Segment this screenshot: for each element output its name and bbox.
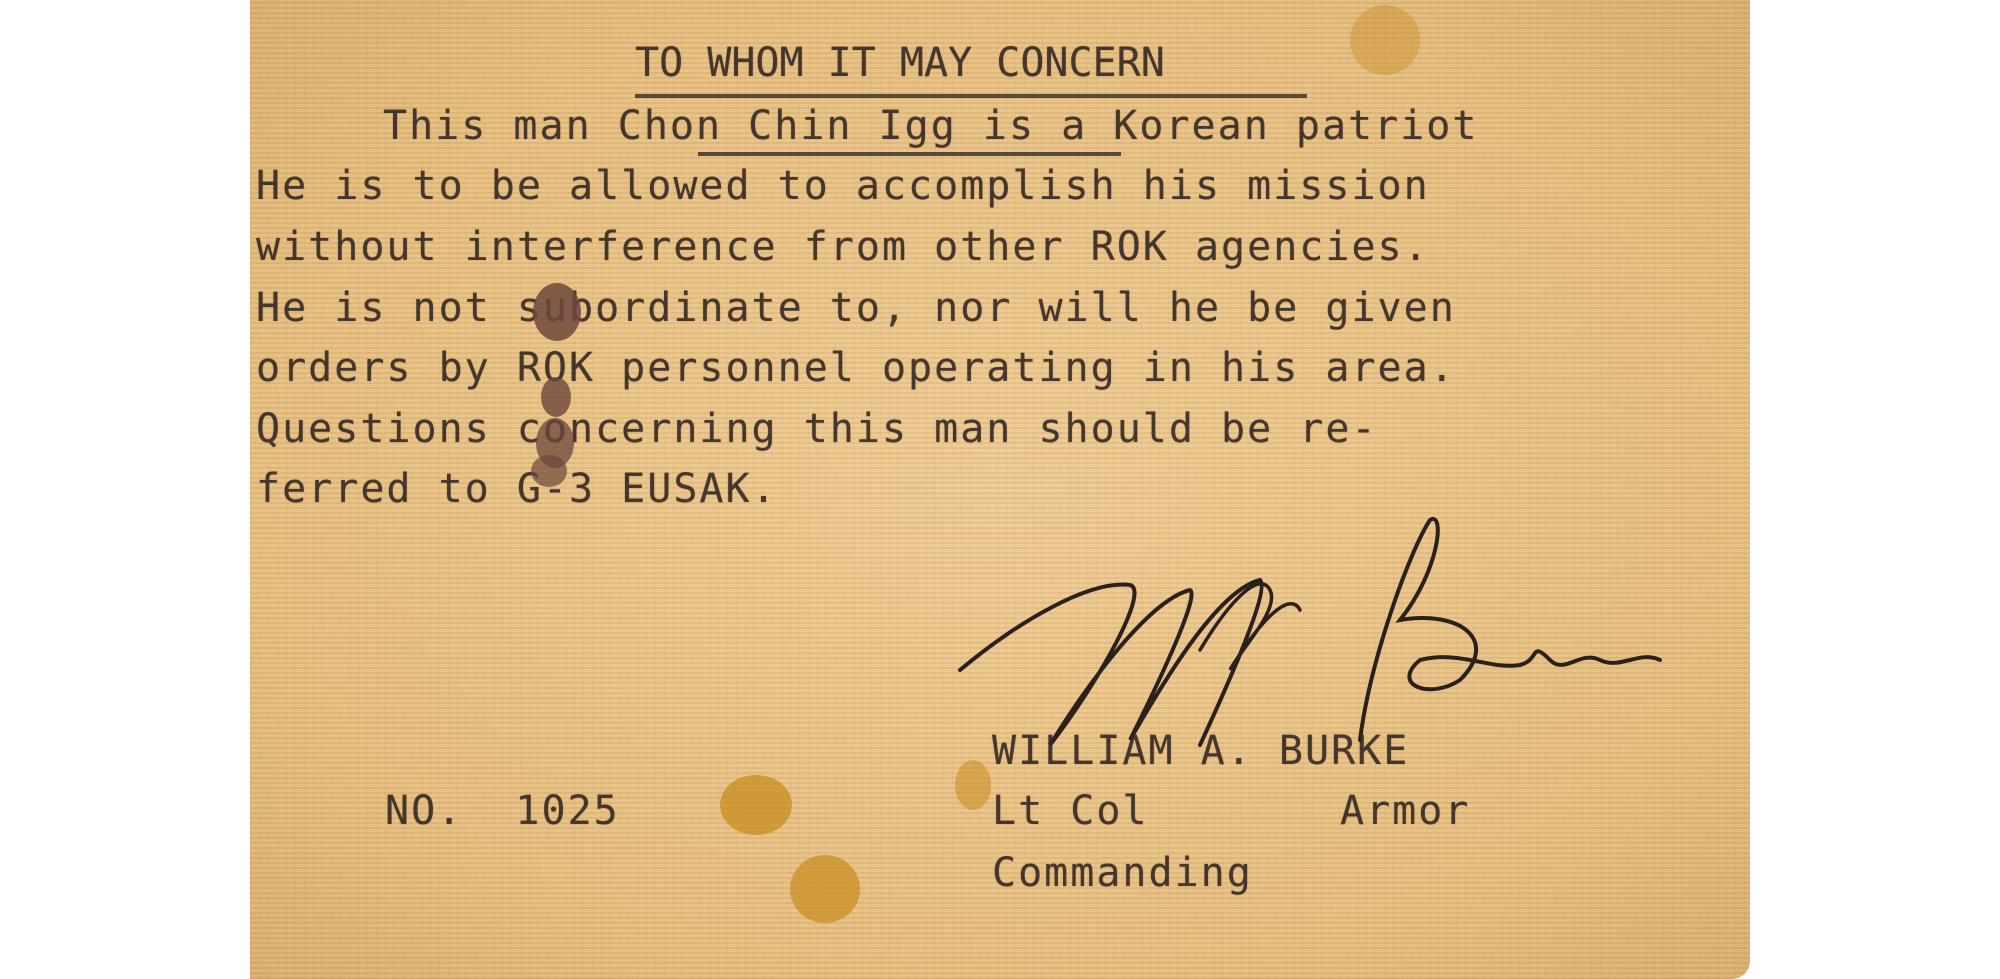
signatory-rank: Lt Col <box>992 788 1149 834</box>
body-line-7: ferred to G-3 EUSAK. <box>256 466 778 512</box>
heading-underline <box>635 94 1307 98</box>
water-stain <box>720 775 792 835</box>
body-line-6: Questions concerning this man should be … <box>256 406 1378 452</box>
signatory-name: WILLIAM A. BURKE <box>992 728 1409 774</box>
ink-stain <box>541 377 571 417</box>
body-line-3: without interference from other ROK agen… <box>256 224 1430 270</box>
signatory-title: Commanding <box>992 850 1253 896</box>
water-stain <box>1350 5 1420 75</box>
water-stain <box>790 855 860 923</box>
ink-stain <box>531 455 567 487</box>
name-underline <box>698 152 1121 156</box>
handwritten-signature <box>900 510 1700 760</box>
ink-stain <box>533 283 581 341</box>
body-line-4: He is not subordinate to, nor will he be… <box>256 285 1456 331</box>
document-heading: TO WHOM IT MAY CONCERN <box>635 40 1165 86</box>
water-stain <box>955 760 991 810</box>
document-card: TO WHOM IT MAY CONCERN This man Chon Chi… <box>250 0 1750 979</box>
card-number: NO. 1025 <box>385 788 620 834</box>
signatory-branch: Armor <box>1340 788 1470 834</box>
body-line-2: He is to be allowed to accomplish his mi… <box>256 163 1430 209</box>
body-line-5: orders by ROK personnel operating in his… <box>256 345 1456 391</box>
body-line-1: This man Chon Chin Igg is a Korean patri… <box>383 103 1478 149</box>
